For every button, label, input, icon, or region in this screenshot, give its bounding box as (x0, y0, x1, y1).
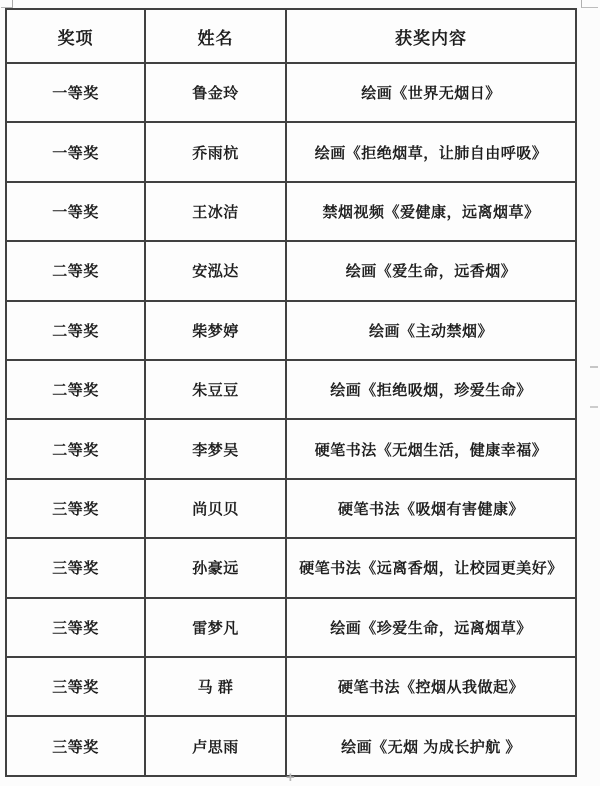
content-cell: 绘画《无烟 为成长护航 》 (286, 716, 576, 776)
table-body: 一等奖 鲁金玲 绘画《世界无烟日》 一等奖 乔雨杭 绘画《拒绝烟草，让肺自由呼吸… (6, 63, 576, 776)
award-cell: 二等奖 (6, 301, 145, 360)
content-cell: 硬笔书法《远离香烟，让校园更美好》 (286, 538, 576, 597)
name-cell: 柴梦婷 (145, 301, 286, 360)
award-cell: 一等奖 (6, 63, 145, 122)
award-cell: 一等奖 (6, 122, 145, 181)
award-cell: 三等奖 (6, 657, 145, 716)
column-header-content: 获奖内容 (286, 9, 576, 63)
award-cell: 一等奖 (6, 182, 145, 241)
column-header-award: 奖项 (6, 9, 145, 63)
award-cell: 三等奖 (6, 479, 145, 538)
table-row: 三等奖 马 群 硬笔书法《控烟从我做起》 (6, 657, 576, 716)
name-cell: 王冰洁 (145, 182, 286, 241)
table-row: 三等奖 雷梦凡 绘画《珍爱生命，远离烟草》 (6, 598, 576, 657)
edge-tick-artifact (590, 406, 598, 408)
table-row: 一等奖 乔雨杭 绘画《拒绝烟草，让肺自由呼吸》 (6, 122, 576, 181)
column-header-name: 姓名 (145, 9, 286, 63)
name-cell: 安泓达 (145, 241, 286, 300)
award-cell: 二等奖 (6, 241, 145, 300)
table-header: 奖项 姓名 获奖内容 (6, 9, 576, 63)
award-cell: 三等奖 (6, 716, 145, 776)
document-page: 奖项 姓名 获奖内容 一等奖 鲁金玲 绘画《世界无烟日》 一等奖 乔雨杭 绘画《… (0, 0, 600, 786)
award-cell: 二等奖 (6, 360, 145, 419)
content-cell: 绘画《爱生命，远香烟》 (286, 241, 576, 300)
name-cell: 尚贝贝 (145, 479, 286, 538)
table-row: 三等奖 孙豪远 硬笔书法《远离香烟，让校园更美好》 (6, 538, 576, 597)
table-row: 二等奖 朱豆豆 绘画《拒绝吸烟，珍爱生命》 (6, 360, 576, 419)
content-cell: 绘画《珍爱生命，远离烟草》 (286, 598, 576, 657)
awards-table: 奖项 姓名 获奖内容 一等奖 鲁金玲 绘画《世界无烟日》 一等奖 乔雨杭 绘画《… (5, 8, 577, 777)
edge-tick-artifact (590, 366, 598, 368)
table-row: 二等奖 李梦吴 硬笔书法《无烟生活，健康幸福》 (6, 419, 576, 478)
content-cell: 硬笔书法《控烟从我做起》 (286, 657, 576, 716)
name-cell: 鲁金玲 (145, 63, 286, 122)
name-cell: 李梦吴 (145, 419, 286, 478)
name-cell: 孙豪远 (145, 538, 286, 597)
table-row: 三等奖 卢思雨 绘画《无烟 为成长护航 》 (6, 716, 576, 776)
content-cell: 绘画《拒绝吸烟，珍爱生命》 (286, 360, 576, 419)
content-cell: 绘画《主动禁烟》 (286, 301, 576, 360)
content-cell: 硬笔书法《吸烟有害健康》 (286, 479, 576, 538)
screenshot-corner-artifact (1, 0, 13, 8)
table-row: 三等奖 尚贝贝 硬笔书法《吸烟有害健康》 (6, 479, 576, 538)
table-row: 二等奖 安泓达 绘画《爱生命，远香烟》 (6, 241, 576, 300)
award-cell: 三等奖 (6, 538, 145, 597)
name-cell: 朱豆豆 (145, 360, 286, 419)
name-cell: 雷梦凡 (145, 598, 286, 657)
name-cell: 马 群 (145, 657, 286, 716)
table-row: 一等奖 王冰洁 禁烟视频《爱健康，远离烟草》 (6, 182, 576, 241)
award-cell: 三等奖 (6, 598, 145, 657)
content-cell: 绘画《拒绝烟草，让肺自由呼吸》 (286, 122, 576, 181)
content-cell: 硬笔书法《无烟生活，健康幸福》 (286, 419, 576, 478)
table-row: 二等奖 柴梦婷 绘画《主动禁烟》 (6, 301, 576, 360)
header-row: 奖项 姓名 获奖内容 (6, 9, 576, 63)
screenshot-corner-artifact (581, 0, 598, 8)
name-cell: 乔雨杭 (145, 122, 286, 181)
award-cell: 二等奖 (6, 419, 145, 478)
name-cell: 卢思雨 (145, 716, 286, 776)
content-cell: 禁烟视频《爱健康，远离烟草》 (286, 182, 576, 241)
content-cell: 绘画《世界无烟日》 (286, 63, 576, 122)
table-row: 一等奖 鲁金玲 绘画《世界无烟日》 (6, 63, 576, 122)
